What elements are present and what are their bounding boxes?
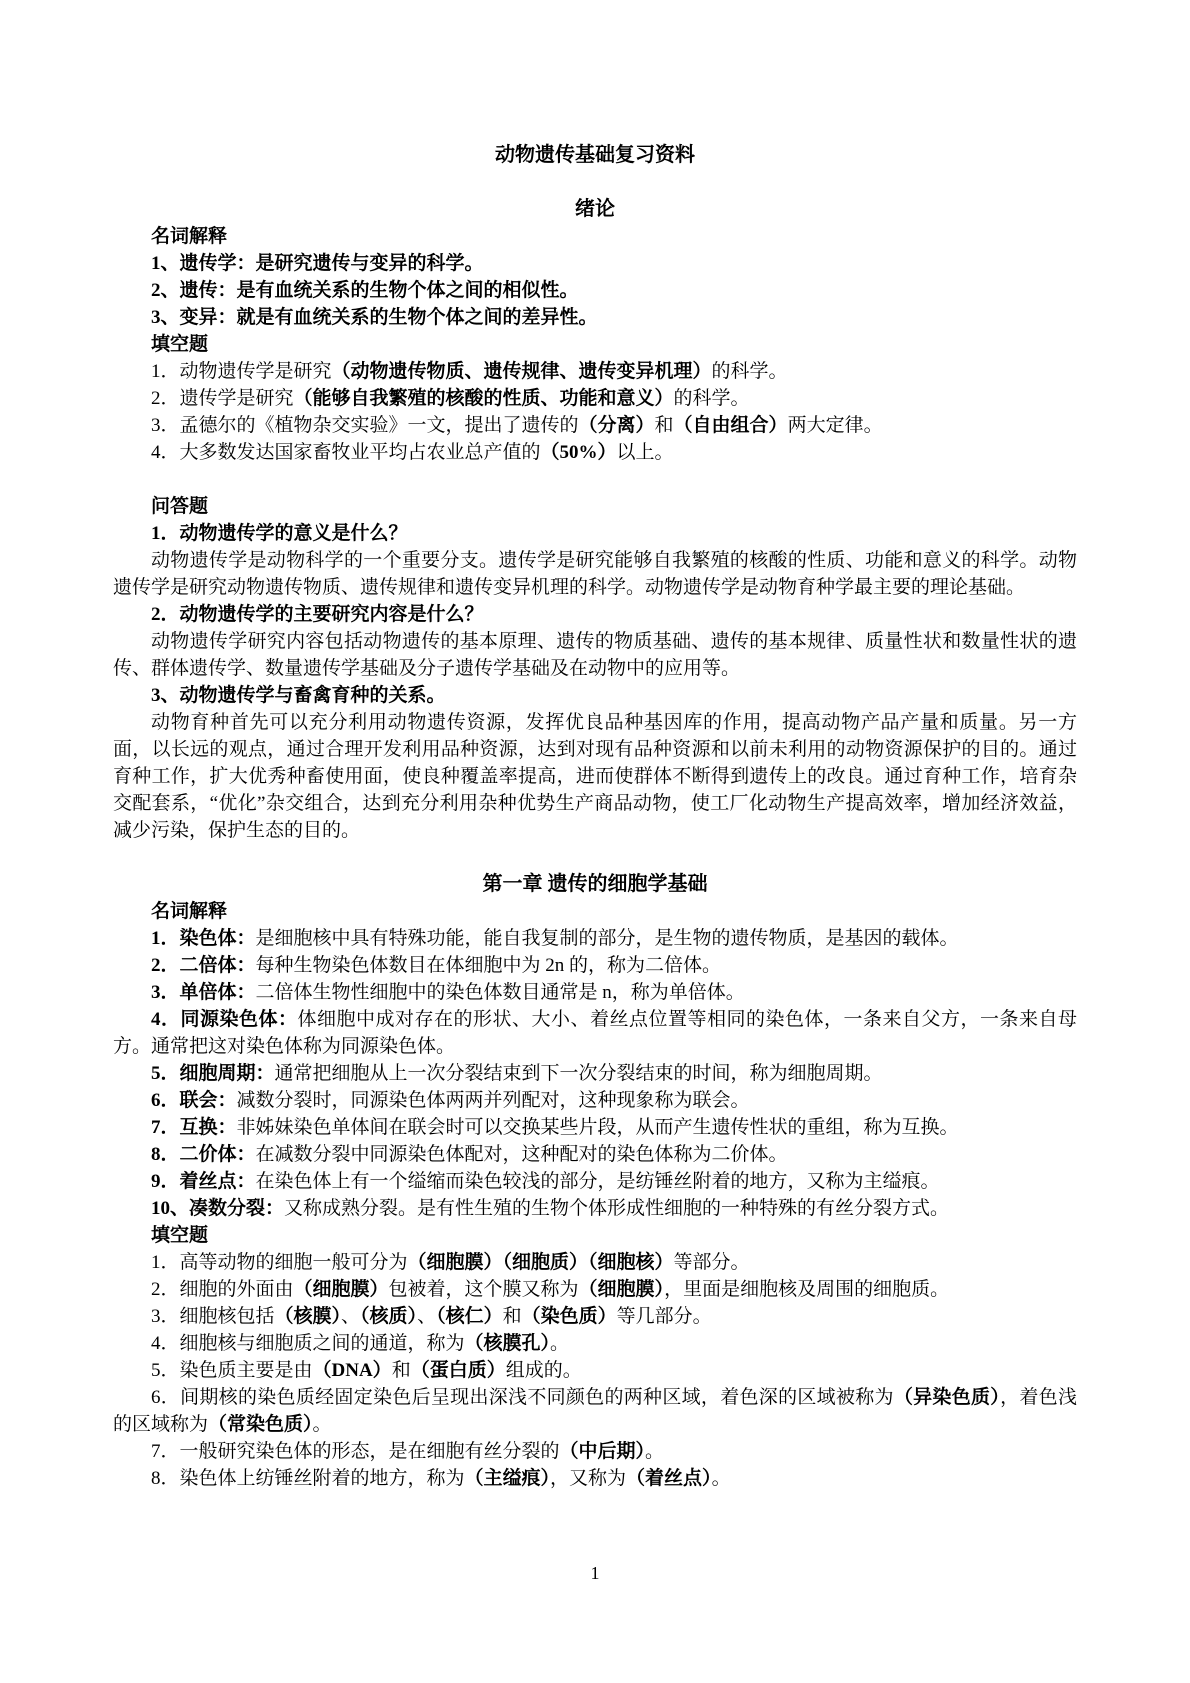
text-run-bold: （核膜孔） [465, 1333, 551, 1354]
text-run-bold: （蛋白质） [411, 1360, 506, 1381]
text-run: 又称成熟分裂。是有性生殖的生物个体形成性细胞的一种特殊的有丝分裂方式。 [284, 1198, 949, 1219]
text-run-bold: 2．动物遗传学的主要研究内容是什么？ [151, 604, 484, 625]
text-run-bold: 绪论 [575, 198, 615, 220]
text-run: 。 [313, 1414, 332, 1435]
text-run-bold: 8．二价体： [151, 1144, 256, 1165]
text-run-bold: 名词解释 [151, 226, 227, 247]
text-run-bold: 2．二倍体： [151, 955, 256, 976]
fill-item: 7．一般研究染色体的形态，是在细胞有丝分裂的（中后期）。 [113, 1438, 1077, 1465]
text-run-bold: 填空题 [151, 1225, 208, 1246]
text-run-bold: 问答题 [151, 496, 208, 517]
fill-item: 6．间期核的染色质经固定染色后呈现出深浅不同颜色的两种区域，着色深的区域被称为（… [113, 1384, 1077, 1438]
text-run: 、 [341, 1306, 360, 1327]
text-run: ，又称为 [550, 1468, 626, 1489]
text-run-bold: 4．同源染色体： [151, 1009, 298, 1030]
term-item: 1、遗传学：是研究遗传与变异的科学。 [113, 250, 1077, 277]
fill-item: 1．动物遗传学是研究（动物遗传物质、遗传规律、遗传变异机理）的科学。 [113, 358, 1077, 385]
chapter-heading: 第一章 遗传的细胞学基础 [113, 871, 1077, 898]
text-run-bold: 1．染色体： [151, 928, 256, 949]
text-run-bold: （主缢痕） [465, 1468, 551, 1489]
text-run-bold: （异染色质） [894, 1387, 1000, 1408]
text-run: 动物育种首先可以充分利用动物遗传资源，发挥优良品种基因库的作用，提高动物产品产量… [113, 712, 1077, 841]
text-run-bold: （DNA） [313, 1360, 392, 1381]
question-item: 2．动物遗传学的主要研究内容是什么？ [113, 601, 1077, 628]
text-run: 的科学。 [712, 361, 788, 382]
text-run-bold: （50%） [541, 442, 617, 463]
text-run: 6．间期核的染色质经固定染色后呈现出深浅不同颜色的两种区域，着色深的区域被称为 [151, 1387, 894, 1408]
text-run: 4．细胞核与细胞质之间的通道，称为 [151, 1333, 465, 1354]
text-run-bold: 第一章 遗传的细胞学基础 [483, 873, 708, 895]
text-run: 在减数分裂中同源染色体配对，这种配对的染色体称为二价体。 [256, 1144, 788, 1165]
text-run-bold: （核膜） [275, 1306, 342, 1327]
term-item: 6．联会：减数分裂时，同源染色体两两并列配对，这种现象称为联会。 [113, 1087, 1077, 1114]
section-label-mingci: 名词解释 [113, 223, 1077, 250]
term-item: 1．染色体：是细胞核中具有特殊功能，能自我复制的部分，是生物的遗传物质，是基因的… [113, 925, 1077, 952]
term-item: 2．二倍体：每种生物染色体数目在体细胞中为 2n 的，称为二倍体。 [113, 952, 1077, 979]
text-run: 动物遗传学研究内容包括动物遗传的基本原理、遗传的物质基础、遗传的基本规律、质量性… [113, 631, 1077, 679]
fill-item: 3．孟德尔的《植物杂交实验》一文，提出了遗传的（分离）和（自由组合）两大定律。 [113, 412, 1077, 439]
text-run-bold: （细胞膜） [294, 1279, 389, 1300]
text-run-bold: 名词解释 [151, 901, 227, 922]
text-run-bold: （着丝点） [626, 1468, 712, 1489]
term-item: 5．细胞周期：通常把细胞从上一次分裂结束到下一次分裂结束的时间，称为细胞周期。 [113, 1060, 1077, 1087]
question-item: 1．动物遗传学的意义是什么？ [113, 520, 1077, 547]
text-run: 的科学。 [674, 388, 750, 409]
fill-item: 8．染色体上纺锤丝附着的地方，称为（主缢痕），又称为（着丝点）。 [113, 1465, 1077, 1492]
term-item: 3．单倍体：二倍体生物性细胞中的染色体数目通常是 n，称为单倍体。 [113, 979, 1077, 1006]
text-run-bold: 9．着丝点： [151, 1171, 256, 1192]
answer-paragraph: 动物遗传学是动物科学的一个重要分支。遗传学是研究能够自我繁殖的核酸的性质、功能和… [113, 547, 1077, 601]
section-intro-heading: 绪论 [113, 196, 1077, 223]
text-run-bold: （核质） [360, 1306, 417, 1327]
text-run: 和 [392, 1360, 411, 1381]
text-run: 减数分裂时，同源染色体两两并列配对，这种现象称为联会。 [237, 1090, 750, 1111]
text-run-bold: 3、动物遗传学与畜禽育种的关系。 [151, 685, 446, 706]
answer-paragraph: 动物育种首先可以充分利用动物遗传资源，发挥优良品种基因库的作用，提高动物产品产量… [113, 709, 1077, 844]
fill-item: 4．大多数发达国家畜牧业平均占农业总产值的（50%）以上。 [113, 439, 1077, 466]
text-run: 通常把细胞从上一次分裂结束到下一次分裂结束的时间，称为细胞周期。 [275, 1063, 883, 1084]
text-run-bold: 10、凑数分裂： [151, 1198, 284, 1219]
text-run: 5．染色质主要是由 [151, 1360, 313, 1381]
text-run: 动物遗传学是动物科学的一个重要分支。遗传学是研究能够自我繁殖的核酸的性质、功能和… [113, 550, 1077, 598]
text-run: 和 [655, 415, 674, 436]
term-item: 10、凑数分裂：又称成熟分裂。是有性生殖的生物个体形成性细胞的一种特殊的有丝分裂… [113, 1195, 1077, 1222]
text-run: 7．一般研究染色体的形态，是在细胞有丝分裂的 [151, 1441, 560, 1462]
spacer [113, 844, 1077, 871]
text-run-bold: 填空题 [151, 334, 208, 355]
text-run: ，里面是细胞核及周围的细胞质。 [664, 1279, 949, 1300]
text-run: 以上。 [617, 442, 674, 463]
text-run: 两大定律。 [788, 415, 883, 436]
text-run-bold: （中后期） [560, 1441, 646, 1462]
text-run: 1．高等动物的细胞一般可分为 [151, 1252, 408, 1273]
text-run: 等几部分。 [617, 1306, 712, 1327]
doc-title: 动物遗传基础复习资料 [113, 142, 1077, 169]
text-run-bold: 1、遗传学：是研究遗传与变异的科学。 [151, 253, 484, 274]
text-run-bold: （能够自我繁殖的核酸的性质、功能和意义） [294, 388, 674, 409]
term-item: 3、变异：就是有血统关系的生物个体之间的差异性。 [113, 304, 1077, 331]
text-run: 2．遗传学是研究 [151, 388, 294, 409]
text-run: 。 [550, 1333, 569, 1354]
text-run: 8．染色体上纺锤丝附着的地方，称为 [151, 1468, 465, 1489]
document-content: 动物遗传基础复习资料绪论名词解释1、遗传学：是研究遗传与变异的科学。2、遗传：是… [0, 0, 1190, 1492]
text-run: 、 [417, 1306, 436, 1327]
text-run-bold: （细胞膜） [579, 1279, 665, 1300]
text-run: 在染色体上有一个缢缩而染色较浅的部分，是纺锤丝附着的地方，又称为主缢痕。 [256, 1171, 940, 1192]
text-run: 4．大多数发达国家畜牧业平均占农业总产值的 [151, 442, 541, 463]
fill-item: 5．染色质主要是由（DNA）和（蛋白质）组成的。 [113, 1357, 1077, 1384]
text-run: 非姊妹染色单体间在联会时可以交换某些片段，从而产生遗传性状的重组，称为互换。 [237, 1117, 959, 1138]
text-run: 等部分。 [674, 1252, 750, 1273]
term-item: 4．同源染色体：体细胞中成对存在的形状、大小、着丝点位置等相同的染色体，一条来自… [113, 1006, 1077, 1060]
text-run-bold: 7．互换： [151, 1117, 237, 1138]
text-run: 和 [503, 1306, 522, 1327]
text-run: 包被着，这个膜又称为 [389, 1279, 579, 1300]
fill-item: 2．细胞的外面由（细胞膜）包被着，这个膜又称为（细胞膜），里面是细胞核及周围的细… [113, 1276, 1077, 1303]
document-page: { "document": { "page_number": "1", "blo… [0, 0, 1190, 1683]
text-run-bold: 3．单倍体： [151, 982, 256, 1003]
text-run-bold: 1．动物遗传学的意义是什么？ [151, 523, 408, 544]
text-run: 。 [645, 1441, 664, 1462]
section-label-mingci: 名词解释 [113, 898, 1077, 925]
section-label-wenda: 问答题 [113, 493, 1077, 520]
text-run: 是细胞核中具有特殊功能，能自我复制的部分，是生物的遗传物质，是基因的载体。 [256, 928, 959, 949]
term-item: 8．二价体：在减数分裂中同源染色体配对，这种配对的染色体称为二价体。 [113, 1141, 1077, 1168]
text-run-bold: （自由组合） [674, 415, 788, 436]
section-label-tiankong: 填空题 [113, 1222, 1077, 1249]
text-run-bold: （常染色质） [208, 1414, 313, 1435]
text-run-bold: 5．细胞周期： [151, 1063, 275, 1084]
text-run-bold: （核仁） [436, 1306, 503, 1327]
term-item: 7．互换：非姊妹染色单体间在联会时可以交换某些片段，从而产生遗传性状的重组，称为… [113, 1114, 1077, 1141]
text-run: 1．动物遗传学是研究 [151, 361, 332, 382]
section-label-tiankong: 填空题 [113, 331, 1077, 358]
fill-item: 3．细胞核包括（核膜）、（核质）、（核仁）和（染色质）等几部分。 [113, 1303, 1077, 1330]
text-run-bold: （染色质） [522, 1306, 617, 1327]
text-run-bold: （细胞膜）（细胞质）（细胞核） [408, 1252, 674, 1273]
fill-item: 1．高等动物的细胞一般可分为（细胞膜）（细胞质）（细胞核）等部分。 [113, 1249, 1077, 1276]
text-run: 组成的。 [506, 1360, 582, 1381]
text-run: 3．孟德尔的《植物杂交实验》一文，提出了遗传的 [151, 415, 579, 436]
spacer [113, 466, 1077, 493]
text-run: 3．细胞核包括 [151, 1306, 275, 1327]
question-item: 3、动物遗传学与畜禽育种的关系。 [113, 682, 1077, 709]
page-number: 1 [0, 1560, 1190, 1587]
text-run: 。 [712, 1468, 731, 1489]
text-run-bold: 2、遗传：是有血统关系的生物个体之间的相似性。 [151, 280, 579, 301]
text-run-bold: 3、变异：就是有血统关系的生物个体之间的差异性。 [151, 307, 598, 328]
text-run-bold: （分离） [579, 415, 655, 436]
fill-item: 2．遗传学是研究（能够自我繁殖的核酸的性质、功能和意义）的科学。 [113, 385, 1077, 412]
text-run-bold: 动物遗传基础复习资料 [495, 144, 695, 166]
term-item: 9．着丝点：在染色体上有一个缢缩而染色较浅的部分，是纺锤丝附着的地方，又称为主缢… [113, 1168, 1077, 1195]
text-run: 每种生物染色体数目在体细胞中为 2n 的，称为二倍体。 [256, 955, 722, 976]
text-run: 2．细胞的外面由 [151, 1279, 294, 1300]
text-run-bold: 6．联会： [151, 1090, 237, 1111]
term-item: 2、遗传：是有血统关系的生物个体之间的相似性。 [113, 277, 1077, 304]
fill-item: 4．细胞核与细胞质之间的通道，称为（核膜孔）。 [113, 1330, 1077, 1357]
text-run: 二倍体生物性细胞中的染色体数目通常是 n，称为单倍体。 [256, 982, 745, 1003]
text-run-bold: （动物遗传物质、遗传规律、遗传变异机理） [332, 361, 712, 382]
answer-paragraph: 动物遗传学研究内容包括动物遗传的基本原理、遗传的物质基础、遗传的基本规律、质量性… [113, 628, 1077, 682]
